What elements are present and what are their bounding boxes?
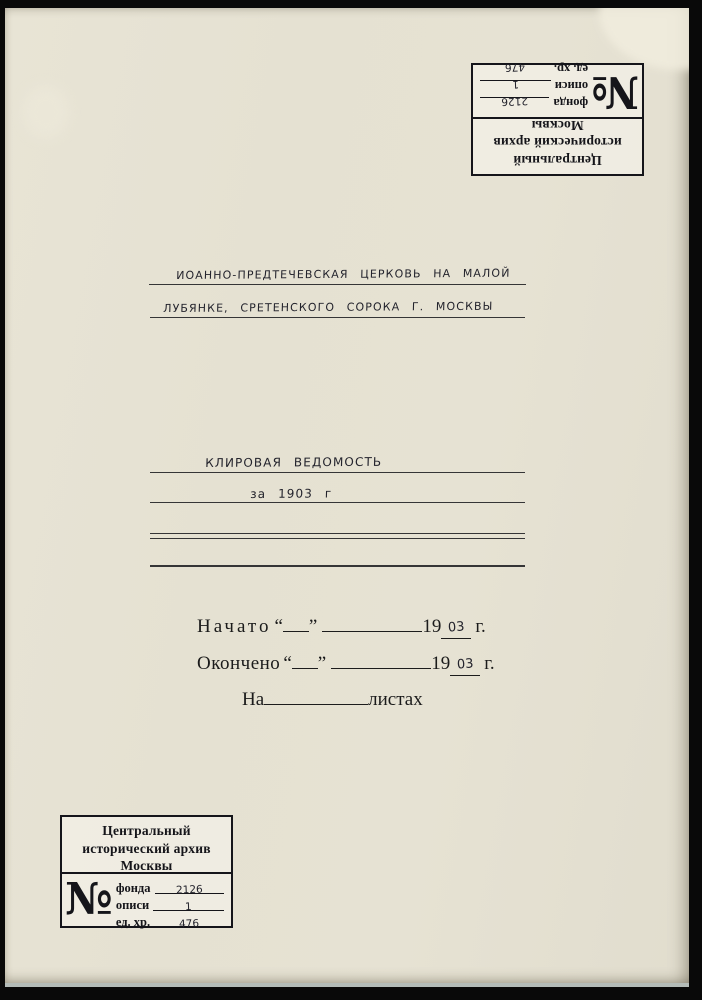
begun-row: Начато “ ” 19 03 г. [197, 616, 486, 639]
fond-number-handwritten: 2126 [176, 884, 203, 897]
begun-year-blank: 03 [441, 616, 471, 639]
numero-sign: № [591, 63, 639, 115]
opis-number-handwritten: 1 [185, 901, 192, 913]
stamp-number-section: № фонда 2126 описи 1 ед. хр. 476 [62, 874, 231, 933]
finished-label: Окончено [197, 653, 280, 675]
edhr-blank-line: 476 [480, 63, 550, 78]
fond-row: фонда 2126 [116, 878, 224, 894]
archive-stamp-bottom: Центральный исторический архив Москвы № … [60, 815, 233, 928]
sheets-count-blank [264, 702, 368, 705]
opis-blank-line: 1 [480, 80, 551, 95]
opis-number-handwritten: 1 [512, 78, 519, 90]
paper-smudge [23, 86, 69, 138]
stamp-number-section: № фонда 2126 описи 1 ед. хр. 476 [473, 58, 642, 117]
opis-row: описи 1 [480, 80, 588, 96]
stamp-fields: фонда 2126 описи 1 ед. хр. 476 [480, 63, 588, 115]
finished-year-suffix: г. [484, 653, 494, 675]
ruled-line-subject-4 [150, 565, 525, 567]
edhr-row: ед. хр. 476 [480, 63, 588, 79]
fond-number-handwritten: 2126 [501, 95, 528, 108]
document-cover-page: Центральный исторический архив Москвы № … [5, 8, 689, 983]
opis-label: описи [116, 899, 153, 912]
finished-row: Окончено “ ” 19 03 г. [197, 653, 495, 676]
scan-background: Центральный исторический архив Москвы № … [0, 0, 702, 1000]
finished-century: 19 [431, 653, 450, 675]
archive-name: Центральный исторический архив Москвы [473, 117, 642, 174]
title-line1-handwritten: ИОАННО-ПРЕДТЕЧЕВСКАЯ ЦЕРКОВЬ НА МАЛОЙ [176, 267, 511, 282]
sheets-row: На листах [242, 689, 423, 711]
subject-line2-handwritten: за 1903 г [250, 486, 333, 501]
finished-year-handwritten: 03 [456, 656, 474, 672]
begun-label: Начато [197, 616, 271, 638]
begun-month-blank [322, 629, 422, 632]
paper-bottom-edge [5, 983, 689, 987]
fond-blank-line: 2126 [155, 879, 224, 894]
ruled-line-title-1 [149, 284, 526, 285]
finished-day-blank [292, 666, 318, 669]
title-line2-handwritten: ЛУБЯНКЕ, СРЕТЕНСКОГО СОРОКА Г. МОСКВЫ [163, 300, 494, 315]
fond-label: фонда [116, 882, 155, 895]
ruled-line-subject-1 [150, 472, 525, 473]
ruled-line-subject-3b [150, 538, 525, 539]
open-quote: “ [283, 653, 291, 675]
begun-day-blank [283, 629, 309, 632]
fond-label: фонда [549, 97, 588, 110]
edhr-label: ед. хр. [550, 63, 588, 76]
edhr-blank-line: 476 [154, 913, 224, 928]
opis-row: описи 1 [116, 895, 224, 911]
begun-year-suffix: г. [475, 616, 485, 638]
sheets-suffix: листах [368, 689, 423, 711]
subject-line1-handwritten: КЛИРОВАЯ ВЕДОМОСТЬ [205, 455, 382, 470]
close-quote: ” [318, 653, 326, 675]
edhr-label: ед. хр. [116, 916, 154, 929]
numero-sign: № [65, 876, 113, 928]
ruled-line-subject-2 [150, 502, 525, 503]
finished-month-blank [331, 666, 431, 669]
open-quote: “ [274, 616, 282, 638]
close-quote: ” [309, 616, 317, 638]
finished-year-blank: 03 [450, 653, 480, 676]
begun-century: 19 [422, 616, 441, 638]
begun-year-handwritten: 03 [448, 619, 466, 635]
archive-stamp-top: Центральный исторический архив Москвы № … [471, 63, 644, 176]
opis-blank-line: 1 [153, 896, 224, 911]
edhr-number-handwritten: 476 [505, 61, 525, 74]
sheets-label: На [242, 689, 264, 711]
stamp-fields: фонда 2126 описи 1 ед. хр. 476 [116, 876, 224, 928]
archive-name: Центральный исторический архив Москвы [62, 817, 231, 874]
fond-row: фонда 2126 [480, 97, 588, 113]
fond-blank-line: 2126 [480, 97, 549, 112]
edhr-row: ед. хр. 476 [116, 912, 224, 928]
ruled-line-subject-3a [150, 533, 525, 534]
opis-label: описи [551, 80, 588, 93]
ruled-line-title-2 [150, 317, 525, 318]
edhr-number-handwritten: 476 [179, 918, 199, 931]
